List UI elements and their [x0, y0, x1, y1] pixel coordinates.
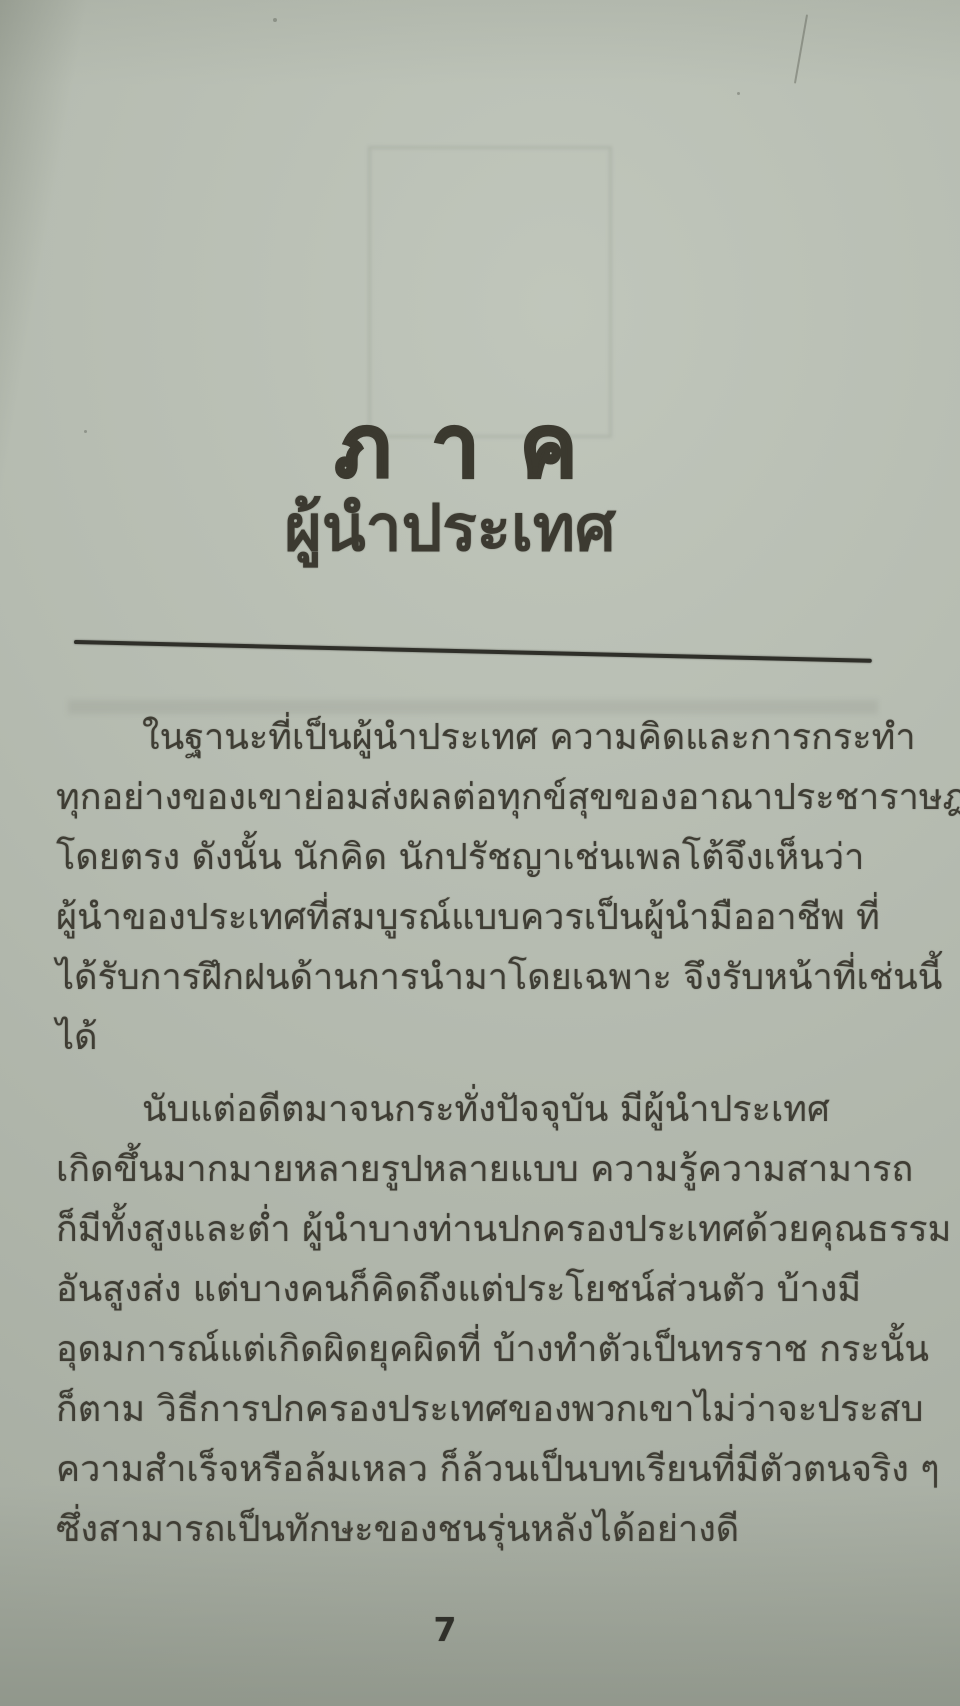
body-line: ซึ่งสามารถเป็นทักษะของชนรุ่นหลังได้อย่าง… [56, 1500, 892, 1560]
body-line: นับแต่อดีตมาจนกระทั่งปัจจุบัน มีผู้นำประ… [56, 1080, 892, 1140]
body-line: ผู้นำของประเทศที่สมบูรณ์แบบควรเป็นผู้นำม… [56, 888, 892, 948]
paragraph-1: ในฐานะที่เป็นผู้นำประเทศ ความคิดและการกร… [56, 708, 892, 1068]
body-line: อุดมการณ์แต่เกิดผิดยุคผิดที่ บ้างทำตัวเป… [56, 1320, 892, 1380]
chapter-part-label: ภาค [0, 404, 912, 490]
chapter-title: ผู้นำประเทศ [0, 488, 900, 571]
body-line: โดยตรง ดังนั้น นักคิด นักปรัชญาเช่นเพลโต… [56, 828, 892, 888]
page-content: ภาค ผู้นำประเทศ ในฐานะที่เป็นผู้นำประเทศ… [0, 0, 960, 1706]
body-line: เกิดขึ้นมากมายหลายรูปหลายแบบ ความรู้ความ… [56, 1140, 892, 1200]
body-line: ก็มีทั้งสูงและต่ำ ผู้นำบางท่านปกครองประเ… [56, 1200, 892, 1260]
paragraph-2: นับแต่อดีตมาจนกระทั่งปัจจุบัน มีผู้นำประ… [56, 1080, 892, 1560]
body-line: ทุกอย่างของเขาย่อมส่งผลต่อทุกข์สุขของอาณ… [56, 768, 892, 828]
body-line: ก็ตาม วิธีการปกครองประเทศของพวกเขาไม่ว่า… [56, 1380, 892, 1440]
page-number: 7 [0, 1610, 890, 1649]
body-line: อันสูงส่ง แต่บางคนก็คิดถึงแต่ประโยชน์ส่ว… [56, 1260, 892, 1320]
divider-rule [74, 640, 872, 663]
book-page-photo: ภาค ผู้นำประเทศ ในฐานะที่เป็นผู้นำประเทศ… [0, 0, 960, 1706]
body-line: ความสำเร็จหรือล้มเหลว ก็ล้วนเป็นบทเรียนท… [56, 1440, 892, 1500]
body-line: ได้รับการฝึกฝนด้านการนำมาโดยเฉพาะ จึงรับ… [56, 948, 892, 1008]
body-line: ได้ [56, 1008, 892, 1068]
body-line: ในฐานะที่เป็นผู้นำประเทศ ความคิดและการกร… [56, 708, 892, 768]
